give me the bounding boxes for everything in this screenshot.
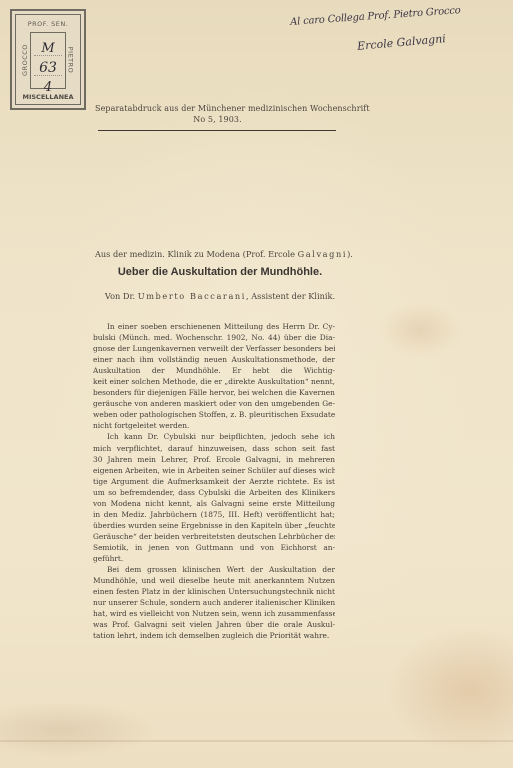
offprint-source: Separatabdruck aus der Münchener medizin…	[95, 104, 340, 113]
stamp-catalog-box: M 63 4	[30, 32, 66, 89]
body-line: bulski (Münch. med. Wochenschr. 1902, No…	[93, 332, 335, 343]
body-line: Geräusche“ der beiden verbreitetsten deu…	[93, 531, 335, 542]
author-name: Umberto Baccarani	[138, 291, 246, 301]
body-line: eigenen Arbeiten, wie in Arbeiten seiner…	[93, 465, 335, 476]
body-line: In einer soeben erschienenen Mitteilung …	[93, 321, 335, 332]
body-line: einer nach ihm vollständig neuen Auskult…	[93, 354, 335, 365]
body-line: tation lehrt, indem ich demselben zuglei…	[93, 630, 335, 641]
handwritten-dedication: Al caro Collega Prof. Pietro Grocco	[290, 5, 461, 28]
paper-fold-crease	[0, 740, 513, 742]
stamp-shelf-number: 63	[31, 60, 65, 76]
stamp-top-label: PROF. SEN.	[16, 20, 80, 28]
origin-suffix: ).	[347, 249, 353, 259]
body-line: Mundhöhle, und weil dieselbe heute mit a…	[93, 575, 335, 586]
stamp-inner-frame: PROF. SEN. GROCCO PIETRO M 63 4 MISCELLA…	[15, 14, 81, 105]
header-rule	[98, 130, 336, 131]
body-line: geführt.	[93, 553, 335, 564]
body-line: 30 Jahren mein Lehrer, Prof. Ercole Galv…	[93, 454, 335, 465]
handwritten-signature: Ercole Galvagni	[357, 32, 447, 53]
stamp-bottom-label: MISCELLANEA	[16, 93, 80, 101]
body-line: überdies wurden seine Ergebnisse in den …	[93, 520, 335, 531]
offprint-header: Separatabdruck aus der Münchener medizin…	[95, 104, 340, 124]
library-stamp: PROF. SEN. GROCCO PIETRO M 63 4 MISCELLA…	[10, 9, 86, 110]
article-title: Ueber die Auskultation der Mundhöhle.	[95, 266, 345, 278]
body-line: gnose der Lungenkavernen verweilt der Ve…	[93, 343, 335, 354]
body-line: geräusche von anderen maskiert oder von …	[93, 398, 335, 409]
body-line: nur unserer Schule, sondern auch anderer…	[93, 597, 335, 608]
body-line: einen festen Platz in der klinischen Unt…	[93, 586, 335, 597]
body-line: in den Mediz. Jahrbüchern (1875, III. He…	[93, 509, 335, 520]
origin-professor-name: Galvagni	[298, 249, 347, 259]
author-suffix: , Assistent der Klinik.	[246, 291, 335, 301]
article-author: Von Dr. Umberto Baccarani, Assistent der…	[95, 291, 345, 301]
body-line: Semiotik, in jenen von Guttmann und von …	[93, 542, 335, 553]
stamp-shelf-letter: M	[31, 41, 65, 56]
stamp-right-label: PIETRO	[67, 46, 75, 73]
body-line: Auskultation der Mundhöhle. Er hebt die …	[93, 365, 335, 376]
author-prefix: Von Dr.	[105, 291, 135, 301]
body-line: von Modena nicht kennt, als Galvagni sei…	[93, 498, 335, 509]
body-line: tige Argument die Aufmerksamkeit der Aer…	[93, 476, 335, 487]
stamp-left-label: GROCCO	[21, 44, 29, 76]
body-line: besonders für diejenigen Fälle hervor, b…	[93, 387, 335, 398]
offprint-issue: No 5, 1903.	[95, 115, 340, 124]
body-line: Bei dem grossen klinischen Wert der Ausk…	[93, 564, 335, 575]
article-origin: Aus der medizin. Klinik zu Modena (Prof.…	[95, 249, 345, 259]
body-line: was Prof. Galvagni seit vielen Jahren üb…	[93, 619, 335, 630]
origin-prefix: Aus der medizin. Klinik zu Modena (Prof.…	[95, 249, 295, 259]
body-line: mich verpflichtet, darauf hinzuweisen, d…	[93, 443, 335, 454]
article-body: In einer soeben erschienenen Mitteilung …	[93, 321, 335, 641]
body-line: hat, wird es vielleicht von Nutzen sein,…	[93, 608, 335, 619]
body-line: Ich kann Dr. Cybulski nur beipflichten, …	[93, 431, 335, 442]
body-line: um so befremdender, dass Cybulski die Ar…	[93, 487, 335, 498]
body-line: weben oder pathologischen Stoffen, z. B.…	[93, 409, 335, 420]
body-line: keit einer solchen Methode, die er „dire…	[93, 376, 335, 387]
body-line: nicht fortgeleitet werden.	[93, 420, 335, 431]
